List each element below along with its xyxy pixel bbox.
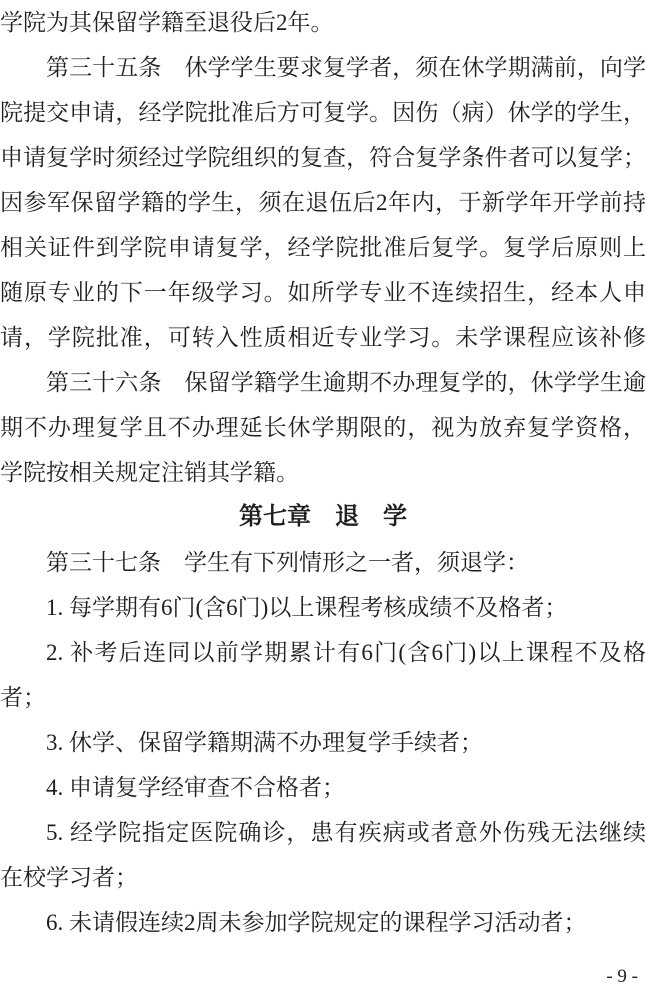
- list-item-3: 3. 休学、保留学籍期满不办理复学手续者；: [0, 720, 646, 765]
- text-line: 相关证件到学院申请复学，经学院批准后复学。复学后原则上: [0, 225, 646, 270]
- text-line: 者；: [0, 675, 646, 720]
- text-line: 学院按相关规定注销其学籍。: [0, 450, 646, 495]
- list-item-5: 5. 经学院指定医院确诊，患有疾病或者意外伤残无法继续: [0, 810, 646, 855]
- page-number: - 9 -: [606, 966, 638, 988]
- article-37-line: 第三十七条 学生有下列情形之一者，须退学：: [0, 540, 646, 585]
- list-item-4: 4. 申请复学经审查不合格者；: [0, 765, 646, 810]
- text-line: 因参军保留学籍的学生，须在退伍后2年内，于新学年开学前持: [0, 180, 646, 225]
- article-36-line: 第三十六条 保留学籍学生逾期不办理复学的，休学学生逾: [0, 360, 646, 405]
- list-item-1: 1. 每学期有6门(含6门)以上课程考核成绩不及格者；: [0, 585, 646, 630]
- text-line: 请，学院批准，可转入性质相近专业学习。未学课程应该补修: [0, 315, 646, 360]
- text-line: 随原专业的下一年级学习。如所学专业不连续招生，经本人申: [0, 270, 646, 315]
- text-line: 在校学习者；: [0, 855, 646, 900]
- document-text-block: 学院为其保留学籍至退役后2年。 第三十五条 休学学生要求复学者，须在休学期满前，…: [0, 0, 646, 945]
- chapter-heading: 第七章 退 学: [0, 495, 646, 540]
- list-item-2: 2. 补考后连同以前学期累计有6门(含6门)以上课程不及格: [0, 630, 646, 675]
- list-item-6: 6. 未请假连续2周未参加学院规定的课程学习活动者；: [0, 900, 646, 945]
- article-35-line: 第三十五条 休学学生要求复学者，须在休学期满前，向学: [0, 45, 646, 90]
- text-line: 申请复学时须经过学院组织的复查，符合复学条件者可以复学；: [0, 135, 646, 180]
- text-line: 学院为其保留学籍至退役后2年。: [0, 0, 646, 45]
- document-page: 学院为其保留学籍至退役后2年。 第三十五条 休学学生要求复学者，须在休学期满前，…: [0, 0, 646, 1000]
- text-line: 院提交申请，经学院批准后方可复学。因伤（病）休学的学生，: [0, 90, 646, 135]
- text-line: 期不办理复学且不办理延长休学期限的，视为放弃复学资格，: [0, 405, 646, 450]
